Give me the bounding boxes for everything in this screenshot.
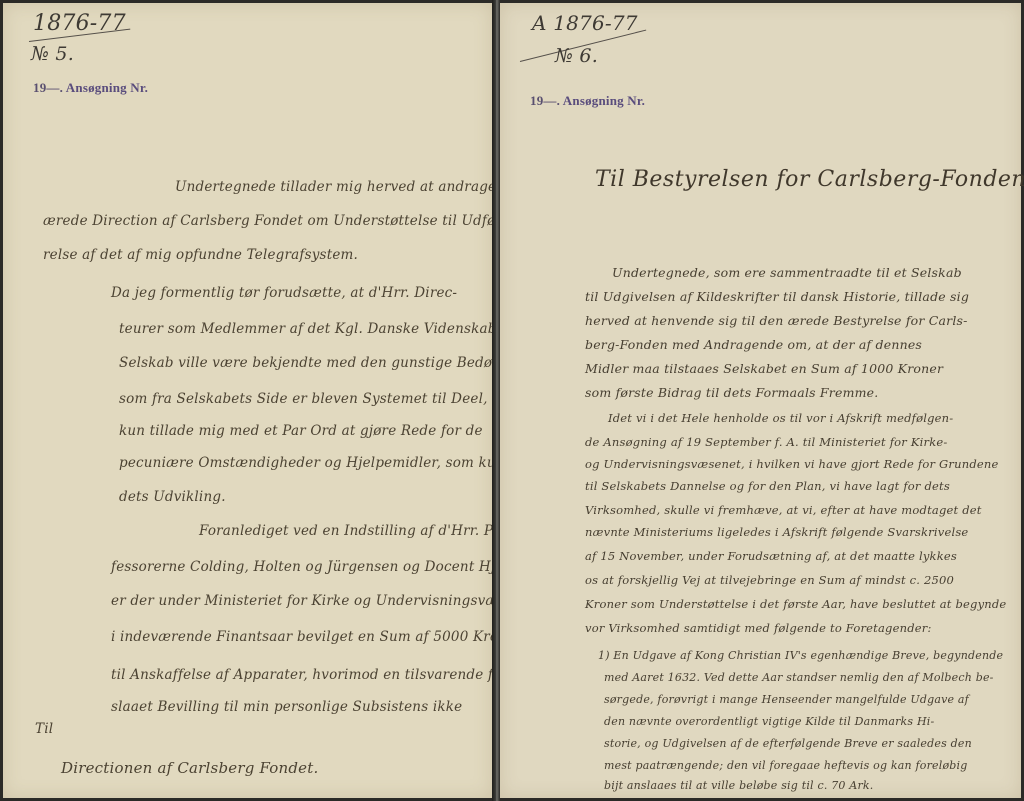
archive-year: A 1876-77 [532,11,638,35]
stamp-label: Ansøgning Nr. [66,80,148,95]
list-line: med Aaret 1632. Ved dette Aar standser n… [604,671,994,684]
list-line: mest paatrængende; den vil foregaae heft… [604,759,968,772]
letter-line: ærede Direction af Carlsberg Fondet om U… [43,213,500,229]
letter-line: i indeværende Finantsaar bevilget en Sum… [111,629,522,645]
letter-line: relse af det af mig opfundne Telegrafsys… [43,247,358,263]
list-line: storie, og Udgivelsen af de efterfølgend… [604,737,972,750]
page-divider [492,0,500,801]
letter-line: som fra Selskabets Side er bleven System… [119,391,546,407]
left-letter-page: 1876-77 № 5. 19—. Ansøgning Nr. Underteg… [3,3,492,798]
letter-line: til Anskaffelse af Apparater, hvorimod e… [111,667,521,683]
letter-line: nævnte Ministeriums ligeledes i Afskrift… [585,525,968,539]
letter-title: Til Bestyrelsen for Carlsberg-Fonden. [595,167,1024,192]
letter-line: af 15 November, under Forudsætning af, a… [585,549,957,563]
stamp-prefix: 19—. [33,80,63,95]
stamp-label: Ansøgning Nr. [563,93,645,108]
letter-line: Foranlediget ved en Indstilling af d'Hrr… [199,523,513,539]
right-letter-page: A 1876-77 № 6. 19—. Ansøgning Nr. Til Be… [500,3,1021,798]
archive-number: № 6. [555,45,598,67]
letter-line: kun tillade mig med et Par Ord at gjøre … [119,423,483,439]
letter-line: som første Bidrag til dets Formaals Frem… [585,385,878,400]
letter-line: vor Virksomhed samtidigt med følgende to… [585,621,932,635]
closing-to: Til [35,721,53,737]
archive-year: 1876-77 [33,11,126,36]
letter-line: Undertegnede, som ere sammentraadte til … [612,265,962,280]
list-line: den nævnte overordentligt vigtige Kilde … [604,715,934,728]
letter-line: de Ansøgning af 19 September f. A. til M… [585,435,947,449]
letter-line: dets Udvikling. [119,489,226,505]
letter-line: Midler maa tilstaaes Selskabet en Sum af… [585,361,943,376]
letter-line: og Undervisningsvæsenet, i hvilken vi ha… [585,457,999,471]
stamp-prefix: 19—. [530,93,560,108]
application-stamp: 19—. Ansøgning Nr. [33,80,148,96]
list-line: 1) En Udgave af Kong Christian IV's egen… [598,649,1003,662]
letter-line: slaaet Bevilling til min personlige Subs… [111,699,462,715]
application-stamp: 19—. Ansøgning Nr. [530,93,645,109]
letter-line: til Udgivelsen af Kildeskrifter til dans… [585,289,969,304]
letter-line: herved at henvende sig til den ærede Bes… [585,313,968,328]
letter-line: til Selskabets Dannelse og for den Plan,… [585,479,950,493]
letter-line: Virksomhed, skulle vi fremhæve, at vi, e… [585,503,982,517]
letter-line: teurer som Medlemmer af det Kgl. Danske … [119,321,536,337]
letter-line: berg-Fonden med Andragende om, at der af… [585,337,922,352]
list-line: bijt anslaaes til at ville beløbe sig ti… [604,779,873,792]
letter-line: Kroner som Understøttelse i det første A… [585,597,1006,611]
archive-number: № 5. [31,43,74,65]
letter-line: fessorerne Colding, Holten og Jürgensen … [111,559,520,575]
letter-line: Da jeg formentlig tør forudsætte, at d'H… [111,285,457,301]
letter-line: er der under Ministeriet for Kirke og Un… [111,593,536,609]
closing-addressee: Directionen af Carlsberg Fondet. [61,759,318,777]
list-line: sørgede, forøvrigt i mange Henseender ma… [604,693,969,706]
letter-line: Selskab ville være bekjendte med den gun… [119,355,551,371]
letter-line: Idet vi i det Hele henholde os til vor i… [608,411,953,425]
letter-line: os at forskjellig Vej at tilvejebringe e… [585,573,954,587]
